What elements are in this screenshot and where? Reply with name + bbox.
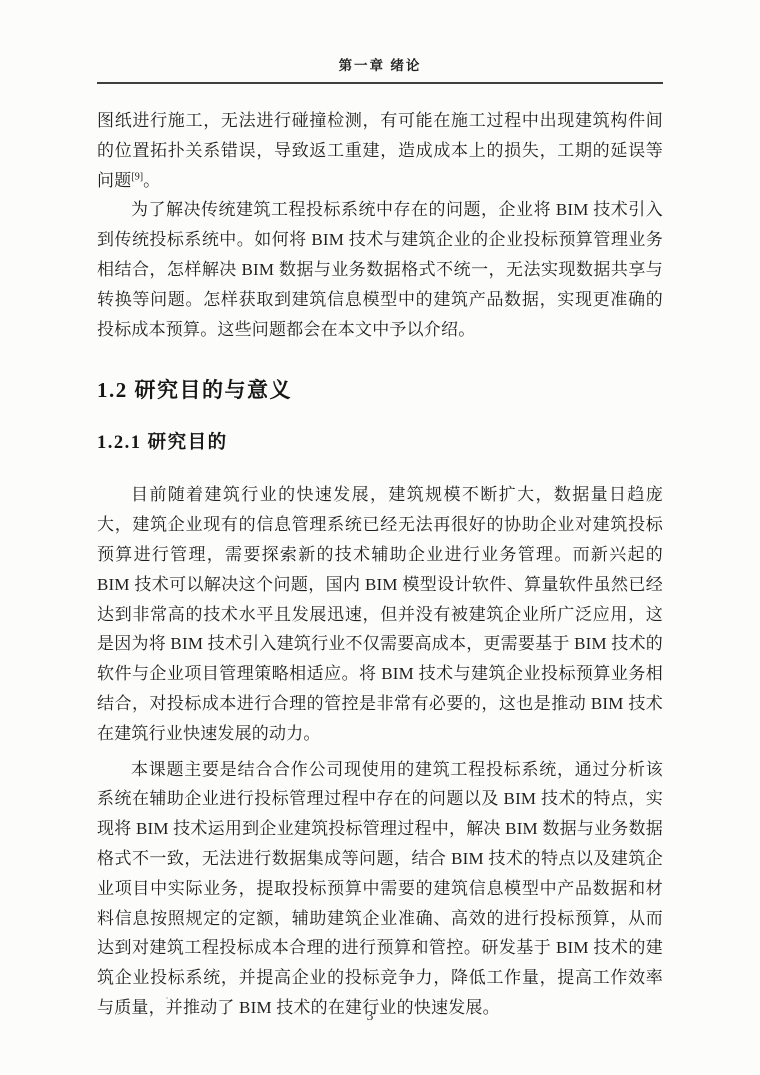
- paragraph: 为了解决传统建筑工程投标系统中存在的问题，企业将 BIM 技术引入到传统投标系统…: [97, 195, 663, 344]
- paragraph: 本课题主要是结合合作公司现使用的建筑工程投标系统，通过分析该系统在辅助企业进行投…: [97, 755, 663, 1023]
- citation-reference: [9]: [131, 171, 143, 182]
- page-number: 3: [0, 1008, 740, 1024]
- scan-speck: [427, 327, 430, 330]
- subsection-heading: 1.2.1 研究目的: [97, 431, 663, 456]
- paragraph-period: 。: [143, 171, 160, 190]
- paragraph-continuation: 图纸进行施工，无法进行碰撞检测，有可能在施工过程中出现建筑构件间的位置拓扑关系错…: [97, 106, 663, 195]
- document-page: 第一章 绪论 图纸进行施工，无法进行碰撞检测，有可能在施工过程中出现建筑构件间的…: [0, 0, 760, 1075]
- header-rule: [97, 82, 663, 84]
- scan-speck: [166, 997, 168, 999]
- page-content: 第一章 绪论 图纸进行施工，无法进行碰撞检测，有可能在施工过程中出现建筑构件间的…: [97, 0, 663, 1023]
- running-header-chapter-title: 第一章 绪论: [97, 56, 663, 75]
- paragraph-text: 图纸进行施工，无法进行碰撞检测，有可能在施工过程中出现建筑构件间的位置拓扑关系错…: [97, 111, 663, 190]
- page-body: 图纸进行施工，无法进行碰撞检测，有可能在施工过程中出现建筑构件间的位置拓扑关系错…: [97, 106, 663, 1023]
- paragraph: 目前随着建筑行业的快速发展，建筑规模不断扩大，数据量日趋庞大，建筑企业现有的信息…: [97, 480, 663, 748]
- section-heading: 1.2 研究目的与意义: [97, 376, 663, 404]
